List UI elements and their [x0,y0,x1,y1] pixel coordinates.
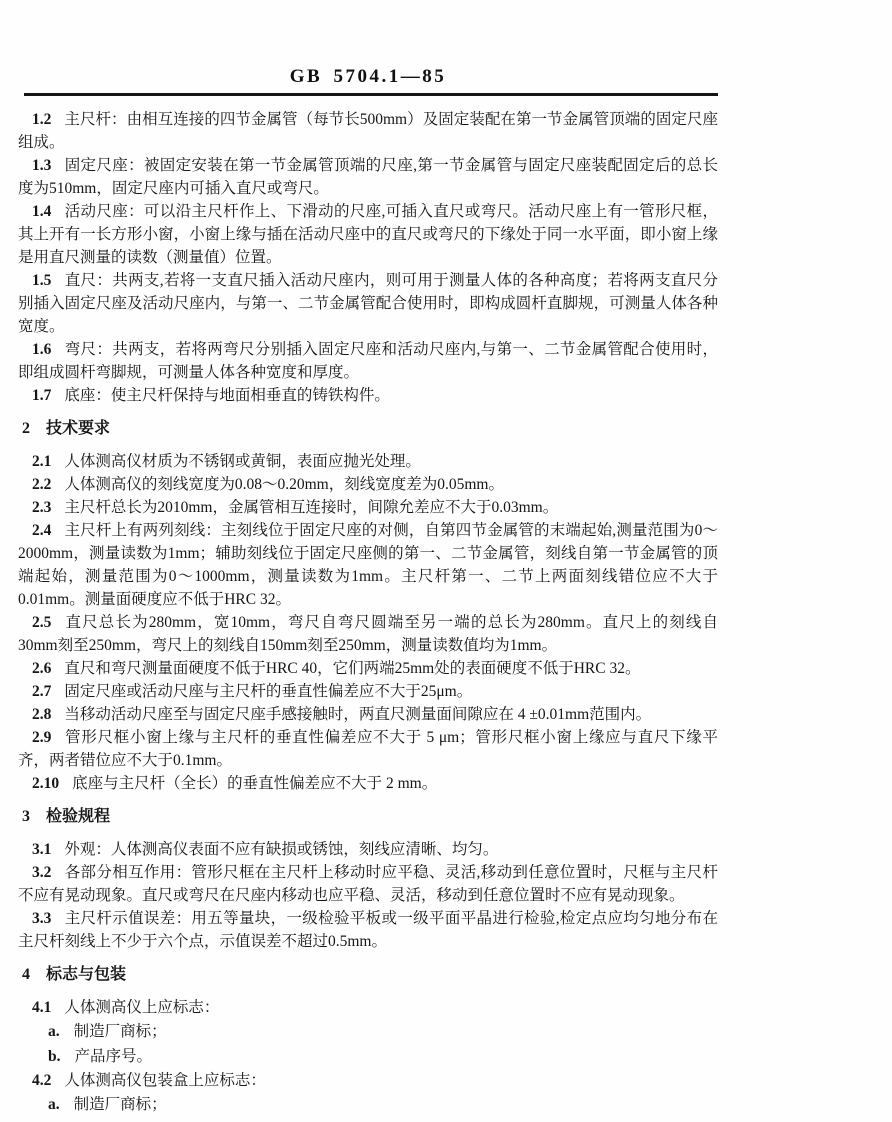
clause-number: 2.7 [32,683,64,700]
clause-paragraph: 1.4活动尺座：可以沿主尺杆作上、下滑动的尺座,可插入直尺或弯尺。活动尺座上有一… [18,200,718,269]
clause-text: 外观：人体测高仪表面不应有缺损或锈蚀，刻线应清晰、均匀。 [64,841,498,858]
clause-text: 直尺和弯尺测量面硬度不低于HRC 40，它们两端25mm处的表面硬度不低于HRC… [64,660,640,677]
clause-text: 弯尺：共两支，若将两弯尺分别插入固定尺座和活动尺座内,与第一、二节金属管配合使用… [18,341,718,381]
clause-text: 底座与主尺杆（全长）的垂直性偏差应不大于 2 mm。 [72,775,437,792]
clause-paragraph: 2.9管形尺框小窗上缘与主尺杆的垂直性偏差应不大于 5 μm；管形尺框小窗上缘应… [18,726,718,772]
clause-paragraph: 1.5直尺：共两支,若将一支直尺插入活动尺座内，则可用于测量人体的各种高度；若将… [18,269,718,338]
clause-text: 标志与包装 [46,966,126,983]
clause-text: 人体测高仪材质为不锈钢或黄铜，表面应抛光处理。 [64,453,421,470]
document-body: 1.2主尺杆：由相互连接的四节金属管（每节长500mm）及固定装配在第一节金属管… [18,108,718,1117]
clause-paragraph: 2.3主尺杆总长为2010mm，金属管相互连接时，间隙允差应不大于0.03mm。 [18,496,718,519]
clause-number: 4 [22,966,46,983]
clause-number: 1.5 [32,272,64,289]
clause-text: 检验规程 [46,808,110,825]
clause-paragraph: 3.2各部分相互作用：管形尺框在主尺杆上移动时应平稳、灵活,移动到任意位置时，尺… [18,861,718,907]
section-heading: 2技术要求 [18,417,718,440]
clause-paragraph: 2.10底座与主尺杆（全长）的垂直性偏差应不大于 2 mm。 [18,772,718,795]
clause-paragraph: a.制造厂商标； [18,1019,718,1044]
section-heading: 4标志与包装 [18,963,718,986]
clause-text: 制造厂商标； [74,1096,167,1113]
clause-paragraph: 3.1外观：人体测高仪表面不应有缺损或锈蚀，刻线应清晰、均匀。 [18,838,718,861]
clause-number: 4.2 [32,1072,64,1089]
clause-number: 2.3 [32,499,64,516]
clause-text: 当移动活动尺座至与固定尺座手感接触时，两直尺测量面间隙应在 4 ±0.01mm范… [64,706,651,723]
clause-text: 管形尺框小窗上缘与主尺杆的垂直性偏差应不大于 5 μm；管形尺框小窗上缘应与直尺… [18,729,718,769]
clause-paragraph: 2.6直尺和弯尺测量面硬度不低于HRC 40，它们两端25mm处的表面硬度不低于… [18,657,718,680]
clause-text: 直尺：共两支,若将一支直尺插入活动尺座内，则可用于测量人体的各种高度；若将两支直… [18,272,718,335]
clause-number: a. [48,1096,74,1113]
clause-text: 技术要求 [46,420,110,437]
clause-text: 主尺杆总长为2010mm，金属管相互连接时，间隙允差应不大于0.03mm。 [64,499,558,516]
clause-number: 2.5 [32,614,64,631]
clause-number: 3.1 [32,841,64,858]
clause-text: 各部分相互作用：管形尺框在主尺杆上移动时应平稳、灵活,移动到任意位置时，尺框与主… [18,864,718,904]
clause-number: 2.10 [32,775,72,792]
clause-paragraph: 3.3主尺杆示值误差：用五等量块，一级检验平板或一级平面平晶进行检验,检定点应均… [18,907,718,953]
clause-paragraph: 4.2人体测高仪包装盒上应标志： [18,1069,718,1092]
document-page: GB 5704.1—85 1.2主尺杆：由相互连接的四节金属管（每节长500mm… [0,0,892,1122]
clause-text: 底座：使主尺杆保持与地面相垂直的铸铁构件。 [64,387,390,404]
clause-number: 1.3 [32,157,64,174]
clause-text: 制造厂商标； [74,1023,167,1040]
clause-number: 1.6 [32,341,64,358]
clause-number: 2 [22,420,46,437]
clause-paragraph: 1.2主尺杆：由相互连接的四节金属管（每节长500mm）及固定装配在第一节金属管… [18,108,718,154]
clause-text: 固定尺座或活动尺座与主尺杆的垂直性偏差应不大于25μm。 [64,683,472,700]
clause-paragraph: 2.5直尺总长为280mm，宽10mm，弯尺自弯尺圆端至另一端的总长为280mm… [18,611,718,657]
clause-text: 主尺杆上有两列刻线：主刻线位于固定尺座的对侧，自第四节金属管的末端起始,测量范围… [18,522,718,608]
clause-text: 主尺杆示值误差：用五等量块，一级检验平板或一级平面平晶进行检验,检定点应均匀地分… [18,910,718,950]
clause-paragraph: 1.6弯尺：共两支，若将两弯尺分别插入固定尺座和活动尺座内,与第一、二节金属管配… [18,338,718,384]
clause-number: 2.9 [32,729,64,746]
clause-number: 1.7 [32,387,64,404]
clause-paragraph: 4.1人体测高仪上应标志： [18,996,718,1019]
clause-number: 2.1 [32,453,64,470]
clause-paragraph: 2.4主尺杆上有两列刻线：主刻线位于固定尺座的对侧，自第四节金属管的末端起始,测… [18,519,718,611]
section-heading: 3检验规程 [18,805,718,828]
clause-text: 直尺总长为280mm，宽10mm，弯尺自弯尺圆端至另一端的总长为280mm。直尺… [18,614,718,654]
clause-paragraph: 2.7固定尺座或活动尺座与主尺杆的垂直性偏差应不大于25μm。 [18,680,718,703]
clause-number: 4.1 [32,999,64,1016]
clause-number: 1.2 [32,111,64,128]
clause-text: 产品序号。 [75,1048,153,1065]
clause-number: 2.8 [32,706,64,723]
clause-number: 2.4 [32,522,64,539]
clause-paragraph: 2.8当移动活动尺座至与固定尺座手感接触时，两直尺测量面间隙应在 4 ±0.01… [18,703,718,726]
clause-number: 3.2 [32,864,64,881]
clause-text: 人体测高仪的刻线宽度为0.08～0.20mm，刻线宽度差为0.05mm。 [64,476,504,493]
clause-text: 人体测高仪包装盒上应标志： [64,1072,266,1089]
clause-text: 活动尺座：可以沿主尺杆作上、下滑动的尺座,可插入直尺或弯尺。活动尺座上有一管形尺… [18,203,718,266]
clause-number: a. [48,1023,74,1040]
clause-number: 3 [22,808,46,825]
clause-number: 2.2 [32,476,64,493]
clause-paragraph: 1.7底座：使主尺杆保持与地面相垂直的铸铁构件。 [18,384,718,407]
clause-paragraph: a.制造厂商标； [18,1092,718,1117]
clause-paragraph: 2.1人体测高仪材质为不锈钢或黄铜，表面应抛光处理。 [18,450,718,473]
clause-text: 人体测高仪上应标志： [64,999,219,1016]
clause-number: b. [48,1048,75,1065]
clause-text: 主尺杆：由相互连接的四节金属管（每节长500mm）及固定装配在第一节金属管顶端的… [18,111,718,151]
header-rule [24,93,718,96]
clause-paragraph: b.产品序号。 [18,1044,718,1069]
clause-paragraph: 2.2人体测高仪的刻线宽度为0.08～0.20mm，刻线宽度差为0.05mm。 [18,473,718,496]
standard-number: GB 5704.1—85 [18,66,718,88]
clause-number: 1.4 [32,203,64,220]
clause-text: 固定尺座：被固定安装在第一节金属管顶端的尺座,第一节金属管与固定尺座装配固定后的… [18,157,718,197]
clause-number: 3.3 [32,910,64,927]
clause-number: 2.6 [32,660,64,677]
clause-paragraph: 1.3固定尺座：被固定安装在第一节金属管顶端的尺座,第一节金属管与固定尺座装配固… [18,154,718,200]
